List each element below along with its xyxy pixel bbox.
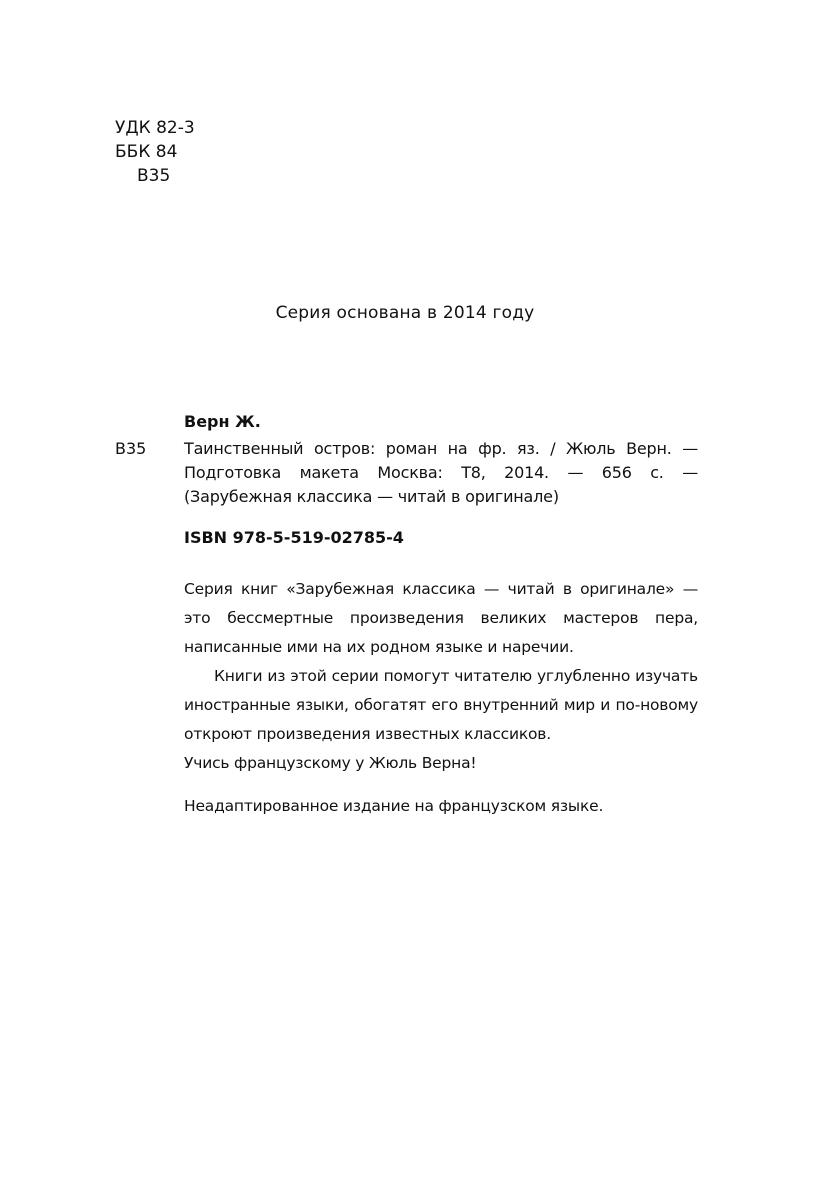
- bbk-code: ББК 84: [115, 140, 195, 164]
- annotation: Серия книг «Зарубежная классика — читай …: [184, 575, 698, 821]
- annotation-paragraph-3: Учись французскому у Жюль Верна!: [184, 749, 698, 778]
- bibliographic-description: Таинственный остров: роман на фр. яз. / …: [184, 437, 698, 509]
- annotation-paragraph-2: Книги из этой серии помогут читателю угл…: [184, 662, 698, 749]
- series-founded-note: Серия основана в 2014 году: [0, 301, 810, 325]
- isbn: ISBN 978-5-519-02785-4: [184, 527, 404, 549]
- annotation-paragraph-1: Серия книг «Зарубежная классика — читай …: [184, 575, 698, 662]
- author-mark-marker: В35: [115, 437, 146, 461]
- edition-note: Неадаптированное издание на французском …: [184, 792, 698, 821]
- classification-codes: УДК 82-3 ББК 84 В35: [115, 116, 195, 188]
- author-heading: Верн Ж.: [184, 411, 261, 433]
- udk-code: УДК 82-3: [115, 116, 195, 140]
- author-mark: В35: [115, 164, 195, 188]
